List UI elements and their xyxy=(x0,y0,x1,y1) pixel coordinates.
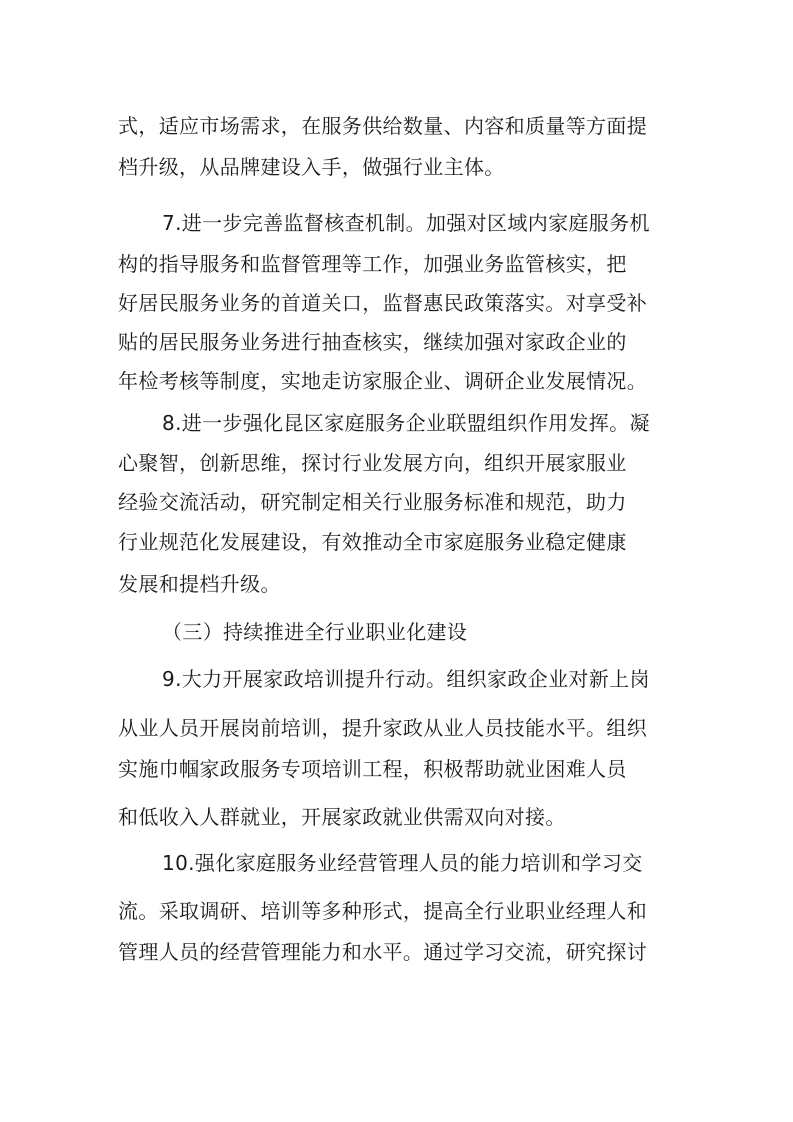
paragraph-line: 式，适应市场需求，在服务供给数量、内容和质量等方面提 xyxy=(118,114,678,138)
paragraph-line: 构的指导服务和监督管理等工作，加强业务监管核实，把 xyxy=(118,252,678,276)
paragraph-line: 发展和提档升级。 xyxy=(118,572,678,596)
item-8-title-line: 8.进一步强化昆区家庭服务企业联盟组织作用发挥。凝 xyxy=(162,411,722,435)
paragraph-line: 档升级，从品牌建设入手，做强行业主体。 xyxy=(118,155,678,179)
paragraph-line: 实施巾帼家政服务专项培训工程，积极帮助就业困难人员 xyxy=(118,757,678,781)
paragraph-line: 年检考核等制度，实地走访家服企业、调研企业发展情况。 xyxy=(118,369,678,393)
item-7-title-line: 7.进一步完善监督核查机制。加强对区域内家庭服务机 xyxy=(162,211,722,235)
paragraph-line: 和低收入人群就业，开展家政就业供需双向对接。 xyxy=(118,805,678,829)
paragraph-line: 行业规范化发展建设，有效推动全市家庭服务业稳定健康 xyxy=(118,530,678,554)
paragraph-line: 流。采取调研、培训等多种形式，提高全行业职业经理人和 xyxy=(118,899,678,923)
document-page: 式，适应市场需求，在服务供给数量、内容和质量等方面提 档升级，从品牌建设入手，做… xyxy=(0,0,793,1122)
item-9-title-line: 9.大力开展家政培训提升行动。组织家政企业对新上岗 xyxy=(162,667,722,691)
paragraph-line: 经验交流活动，研究制定相关行业服务标准和规范，助力 xyxy=(118,490,678,514)
paragraph-line: 心聚智，创新思维，探讨行业发展方向，组织开展家服业 xyxy=(118,451,678,475)
paragraph-line: 好居民服务业务的首道关口，监督惠民政策落实。对享受补 xyxy=(118,291,678,315)
paragraph-line: 贴的居民服务业务进行抽查核实，继续加强对家政企业的 xyxy=(118,330,678,354)
paragraph-line: 管理人员的经营管理能力和水平。通过学习交流，研究探讨 xyxy=(118,940,678,964)
item-10-title-line: 10.强化家庭服务业经营管理人员的能力培训和学习交 xyxy=(162,851,722,875)
section-heading: （三）持续推进全行业职业化建设 xyxy=(162,620,722,644)
paragraph-line: 从业人员开展岗前培训，提升家政从业人员技能水平。组织 xyxy=(118,716,678,740)
